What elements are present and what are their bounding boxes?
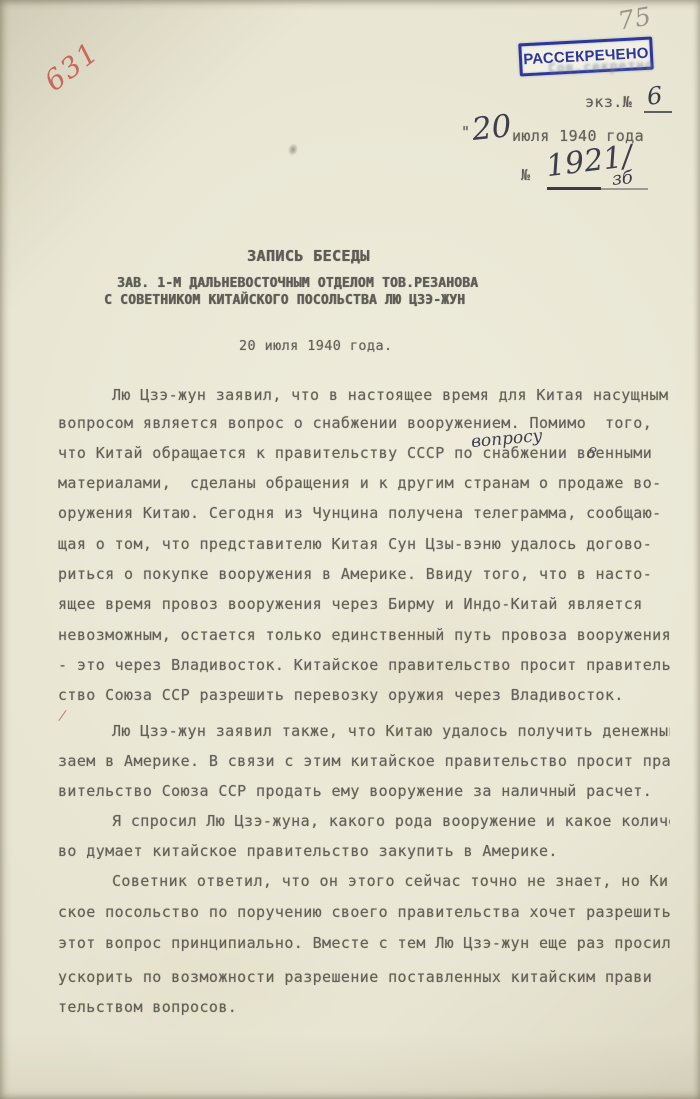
- document-date: 20 июля 1940 года.: [239, 336, 393, 356]
- handwritten-page-number: 75: [616, 1, 654, 35]
- body-line: невозможным, остается только единственны…: [58, 625, 670, 649]
- document-page: 631 75 РАССЕКРЕЧЕНО Сов.секретно экз.№ 6…: [0, 0, 700, 1099]
- body-line: Советник ответил, что он этого сейчас то…: [58, 871, 670, 895]
- quote-mark: ": [461, 122, 470, 142]
- body-line: Лю Цзэ-жун заявил также, что Китаю удало…: [58, 721, 670, 745]
- body-line: во думает китайское правительство закупи…: [58, 841, 670, 865]
- body-line: - это через Владивосток. Китайское прави…: [58, 655, 670, 679]
- underline: [644, 111, 672, 113]
- body-line: ское посольство по поручению своего прав…: [58, 902, 670, 926]
- number-label: №: [521, 165, 530, 185]
- underline: [601, 188, 648, 190]
- body-line: тельством вопросов.: [58, 997, 670, 1021]
- body-line: вопросом является вопрос о снабжении воо…: [58, 413, 670, 437]
- body-line: заем в Америке. В связи с этим китайское…: [58, 751, 670, 775]
- body-line: этот вопрос принципиально. Вместе с тем …: [58, 933, 670, 957]
- body-line: материалами, сделаны обращения и к други…: [58, 473, 670, 497]
- ink-smudge: [286, 142, 300, 157]
- faint-ghost-text: Сов.секретно: [548, 58, 654, 77]
- handwritten-red-number: 631: [38, 35, 105, 98]
- body-line: ство Союза ССР разрешить перевозку оружи…: [58, 685, 670, 709]
- copy-number-label: экз.№: [585, 92, 632, 112]
- body-line: Лю Цзэ-жун заявил, что в настоящее время…: [58, 385, 670, 409]
- body-line: щая о том, что представителю Китая Сун Ц…: [58, 534, 670, 558]
- document-subtitle-2: С СОВЕТНИКОМ КИТАЙСКОГО ПОСОЛЬСТВА ЛЮ ЦЗ…: [104, 291, 465, 311]
- document-title: ЗАПИСЬ БЕСЕДЫ: [247, 246, 370, 266]
- body-line: что Китай обращается к правительству ССС…: [58, 443, 670, 467]
- body-line: вительство Союза ССР продать ему вооруже…: [58, 781, 670, 805]
- handwritten-number-suffix: зб: [611, 167, 634, 190]
- body-line: ускорить по возможности разрешение поста…: [58, 967, 670, 991]
- handwritten-day: 20: [470, 108, 513, 148]
- underline: [547, 187, 601, 190]
- body-line: ящее время провоз вооружения через Бирму…: [58, 594, 670, 618]
- body-line: Я спросил Лю Цзэ-жуна, какого рода воору…: [58, 811, 670, 835]
- body-line: риться о покупке вооружения в Америке. В…: [58, 564, 670, 588]
- body-line: оружения Китаю. Сегодня из Чунцина получ…: [58, 503, 670, 527]
- handwritten-copy-number: 6: [646, 81, 664, 110]
